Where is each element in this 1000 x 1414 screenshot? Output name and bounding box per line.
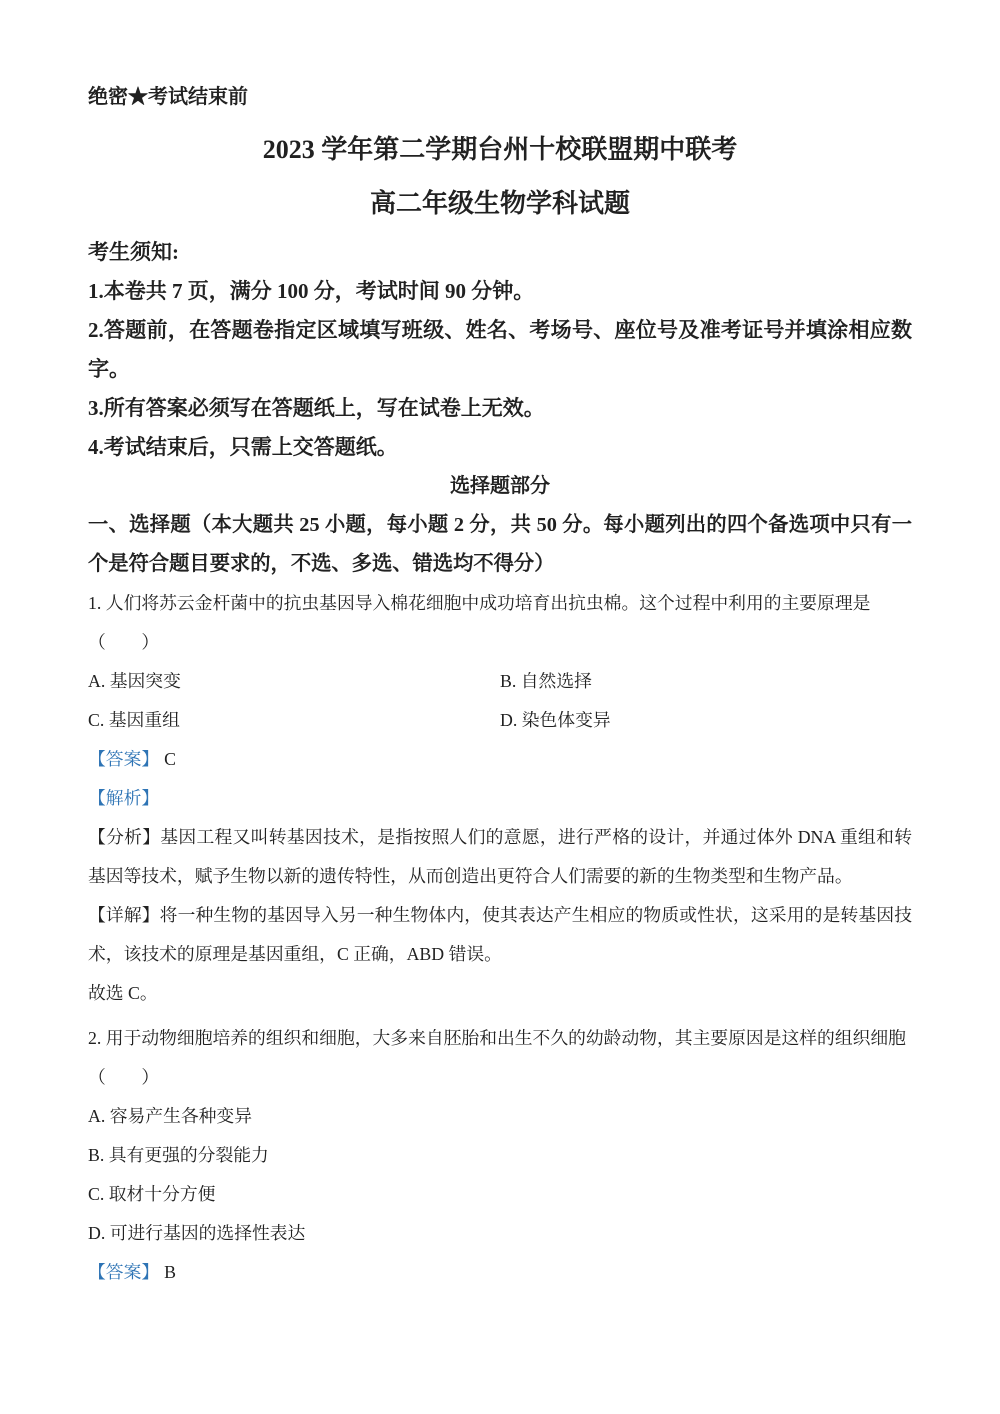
question-2-option-c: C. 取材十分方便 xyxy=(88,1175,912,1214)
question-1-analysis-paragraph-2: 【详解】将一种生物的基因导入另一种生物体内，使其表达产生相应的物质或性状，这采用… xyxy=(88,896,912,974)
question-1-answer-line: 【答案】C xyxy=(88,740,912,779)
notice-item-2: 2.答题前，在答题卷指定区域填写班级、姓名、考场号、座位号及准考证号并填涂相应数… xyxy=(88,311,912,389)
secrecy-notice: 绝密★考试结束前 xyxy=(88,78,912,117)
notice-item-1: 1.本卷共 7 页，满分 100 分，考试时间 90 分钟。 xyxy=(88,272,912,311)
answer-label: 【答案】 xyxy=(88,749,159,769)
notice-item-4: 4.考试结束后，只需上交答题纸。 xyxy=(88,428,912,467)
question-1-analysis-conclusion: 故选 C。 xyxy=(88,974,912,1013)
question-1-stem: 1. 人们将苏云金杆菌中的抗虫基因导入棉花细胞中成功培育出抗虫棉。这个过程中利用… xyxy=(88,584,912,623)
section-instructions: 一、选择题（本大题共 25 小题，每小题 2 分，共 50 分。每小题列出的四个… xyxy=(88,506,912,584)
answer-label: 【答案】 xyxy=(88,1262,159,1282)
notice-item-3: 3.所有答案必须写在答题纸上，写在试卷上无效。 xyxy=(88,389,912,428)
exam-document-page: 绝密★考试结束前 2023 学年第二学期台州十校联盟期中联考 高二年级生物学科试… xyxy=(0,0,1000,1414)
question-2-option-a: A. 容易产生各种变异 xyxy=(88,1097,912,1136)
answer-value: C xyxy=(164,749,176,769)
question-1-option-a: A. 基因突变 xyxy=(88,662,500,701)
subject-title: 高二年级生物学科试题 xyxy=(88,183,912,225)
question-1: 1. 人们将苏云金杆菌中的抗虫基因导入棉花细胞中成功培育出抗虫棉。这个过程中利用… xyxy=(88,584,912,1013)
notice-heading: 考生须知: xyxy=(88,233,912,272)
question-2-answer-line: 【答案】B xyxy=(88,1253,912,1292)
question-1-option-c: C. 基因重组 xyxy=(88,701,500,740)
question-1-analysis-label: 【解析】 xyxy=(88,779,912,818)
question-2-option-b: B. 具有更强的分裂能力 xyxy=(88,1136,912,1175)
question-2: 2. 用于动物细胞培养的组织和细胞，大多来自胚胎和出生不久的幼龄动物，其主要原因… xyxy=(88,1019,912,1292)
question-2-option-d: D. 可进行基因的选择性表达 xyxy=(88,1214,912,1253)
section-part-title: 选择题部分 xyxy=(88,467,912,506)
question-1-options: A. 基因突变 B. 自然选择 C. 基因重组 D. 染色体变异 xyxy=(88,662,912,740)
question-2-paren: （ ） xyxy=(88,1058,912,1097)
question-1-analysis-paragraph-1: 【分析】基因工程又叫转基因技术，是指按照人们的意愿，进行严格的设计，并通过体外 … xyxy=(88,818,912,896)
question-1-option-d: D. 染色体变异 xyxy=(500,701,912,740)
question-1-option-b: B. 自然选择 xyxy=(500,662,912,701)
question-2-stem: 2. 用于动物细胞培养的组织和细胞，大多来自胚胎和出生不久的幼龄动物，其主要原因… xyxy=(88,1019,912,1058)
question-1-paren: （ ） xyxy=(88,623,912,662)
exam-title: 2023 学年第二学期台州十校联盟期中联考 xyxy=(88,129,912,171)
answer-value: B xyxy=(164,1262,176,1282)
